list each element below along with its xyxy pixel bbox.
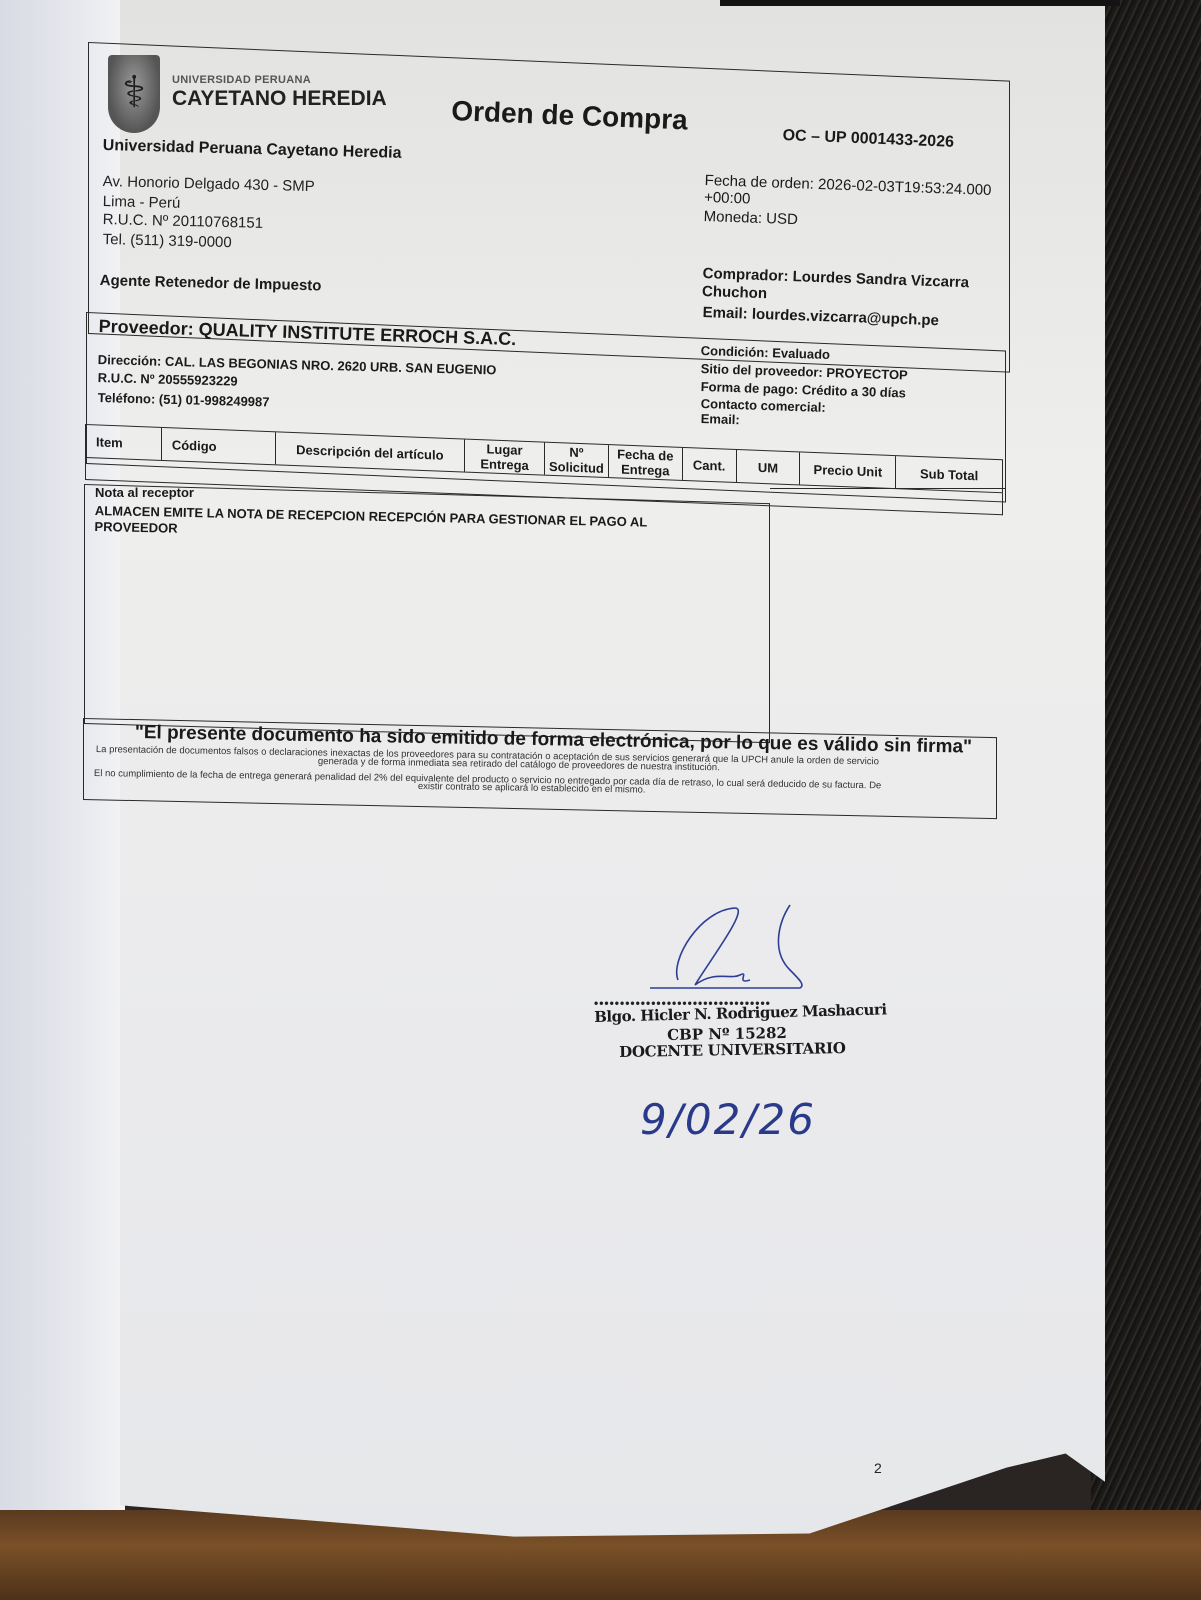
column-header-code: Código (162, 428, 276, 464)
column-header-request-number: Nº Solicitud (545, 443, 609, 477)
page-number: 2 (874, 1460, 882, 1476)
purchase-order-document: ⚕ UNIVERSIDAD PERUANA CAYETANO HEREDIA O… (0, 0, 1201, 1600)
supplier-email: Email: (701, 411, 740, 427)
column-header-item: Item (86, 425, 162, 460)
receiver-note-label: Nota al receptor (95, 485, 194, 500)
column-header-delivery-place: Lugar Entrega (465, 440, 545, 475)
handwritten-date: 9/02/26 (640, 1095, 816, 1144)
column-header-delivery-date: Fecha de Entrega (609, 445, 683, 480)
university-small-label: UNIVERSIDAD PERUANA (172, 74, 311, 86)
column-header-subtotal: Sub Total (896, 456, 1002, 492)
city-line: Lima - Perú (103, 193, 181, 212)
phone-line: Tel. (511) 319-0000 (103, 231, 232, 251)
handwritten-signature (640, 900, 840, 1005)
caduceus-icon: ⚕ (108, 67, 160, 118)
column-header-unit-price: Precio Unit (800, 452, 896, 488)
university-big-label: CAYETANO HEREDIA (172, 87, 387, 111)
totals-area (770, 488, 1006, 724)
column-header-unit: UM (737, 450, 801, 484)
column-header-quantity: Cant. (683, 448, 737, 482)
university-logo: ⚕ (108, 55, 160, 133)
signer-role: DOCENTE UNIVERSITARIO (619, 1039, 846, 1061)
currency: Moneda: USD (703, 208, 798, 228)
